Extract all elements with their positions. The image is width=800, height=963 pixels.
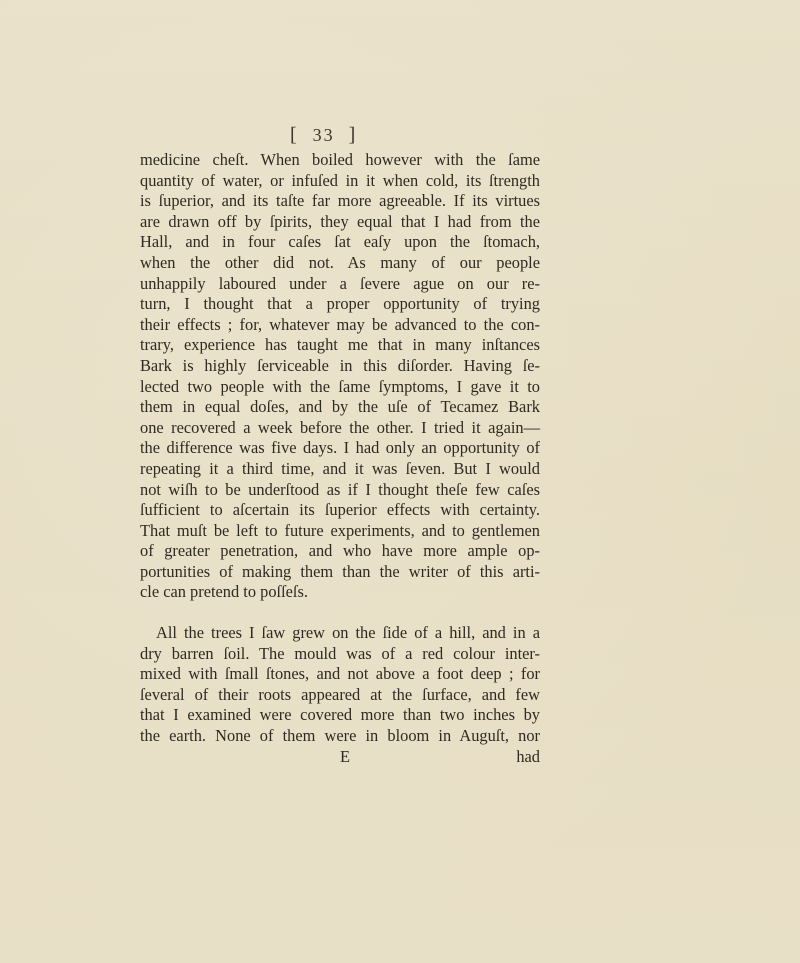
paragraph-2: All the trees I ſaw grew on the ſide of … — [140, 623, 540, 747]
text-line: that I examined were covered more than t… — [140, 705, 540, 726]
text-line: not wiſh to be underſtood as if I though… — [140, 480, 540, 501]
paragraph-gap — [140, 603, 540, 623]
signature-mark: E — [340, 747, 350, 768]
page-number: 33 — [313, 125, 335, 146]
text-line: trary, experience has taught me that in … — [140, 335, 540, 356]
text-line: when the other did not. As many of our p… — [140, 253, 540, 274]
text-line: the earth. None of them were in bloom in… — [140, 726, 540, 747]
bracket-right: ] — [349, 124, 358, 147]
text-line: are drawn off by ſpirits, they equal tha… — [140, 212, 540, 233]
text-line: mixed with ſmall ſtones, and not above a… — [140, 664, 540, 685]
text-line: portunities of making them than the writ… — [140, 562, 540, 583]
text-line: quantity of water, or infuſed in it when… — [140, 171, 540, 192]
text-line: dry barren ſoil. The mould was of a red … — [140, 644, 540, 665]
text-line: ſeveral of their roots appeared at the ſ… — [140, 685, 540, 706]
page-footer: E had — [140, 747, 540, 768]
text-line: of greater penetration, and who have mor… — [140, 541, 540, 562]
page-header: [33] — [290, 124, 530, 147]
text-line: lected two people with the ſame ſymptoms… — [140, 377, 540, 398]
text-line: them in equal doſes, and by the uſe of T… — [140, 397, 540, 418]
text-line: one recovered a week before the other. I… — [140, 418, 540, 439]
text-line: their effects ; for, whatever may be adv… — [140, 315, 540, 336]
text-line: Bark is highly ſerviceable in this diſor… — [140, 356, 540, 377]
text-line: unhappily laboured under a ſevere ague o… — [140, 274, 540, 295]
bracket-left: [ — [290, 124, 299, 147]
body-text: medicine cheſt. When boiled however with… — [140, 150, 540, 767]
text-line: ſufficient to aſcertain its ſuperior eff… — [140, 500, 540, 521]
text-line: turn, I thought that a proper opportunit… — [140, 294, 540, 315]
text-line: repeating it a third time, and it was ſe… — [140, 459, 540, 480]
text-line: the difference was five days. I had only… — [140, 438, 540, 459]
text-line: cle can pretend to poſſeſs. — [140, 582, 540, 603]
text-line: is ſuperior, and its taſte far more agre… — [140, 191, 540, 212]
text-line: That muſt be left to future experiments,… — [140, 521, 540, 542]
book-page: [33] medicine cheſt. When boiled however… — [0, 0, 800, 963]
text-line: Hall, and in four caſes ſat eaſy upon th… — [140, 232, 540, 253]
text-line: medicine cheſt. When boiled however with… — [140, 150, 540, 171]
text-line: All the trees I ſaw grew on the ſide of … — [140, 623, 540, 644]
paragraph-1: medicine cheſt. When boiled however with… — [140, 150, 540, 603]
catchword: had — [516, 747, 540, 768]
